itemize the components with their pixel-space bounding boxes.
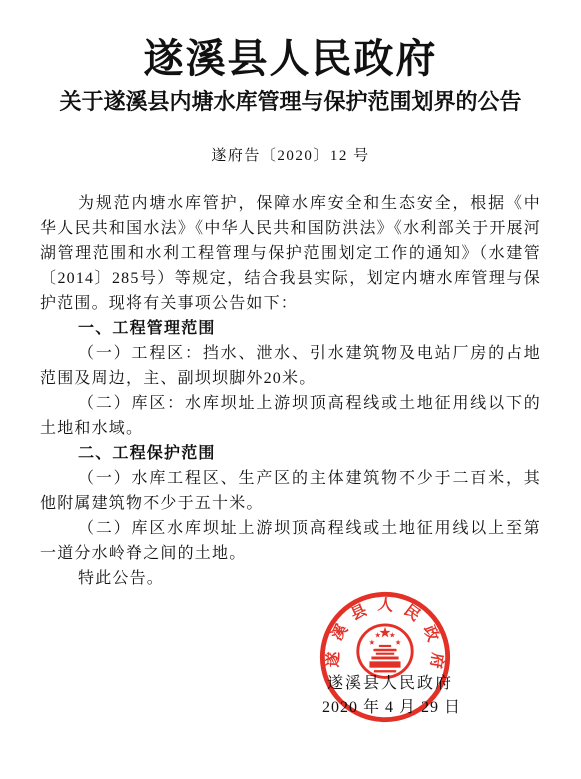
official-seal-icon: 遂溪县人民政府 (317, 589, 453, 725)
national-emblem-icon (358, 625, 412, 677)
body-paragraph: （二）库区水库坝址上游坝顶高程线或土地征用线以上至第一道分水岭脊之间的土地。 (40, 516, 541, 566)
section-heading: 一、工程管理范围 (40, 316, 541, 341)
body-paragraph: 为规范内塘水库管护，保障水库安全和生态安全，根据《中华人民共和国水法》《中华人民… (40, 191, 541, 316)
body-paragraph: （二）库区：水库坝址上游坝顶高程线或土地征用线以下的土地和水域。 (40, 391, 541, 441)
body-paragraph: 特此公告。 (40, 566, 541, 591)
document-number: 遂府告〔2020〕12 号 (0, 146, 581, 166)
document-subtitle: 关于遂溪县内塘水库管理与保护范围划界的公告 (0, 87, 581, 117)
document-body: 为规范内塘水库管护，保障水库安全和生态安全，根据《中华人民共和国水法》《中华人民… (40, 191, 541, 591)
body-paragraph: （一）工程区：挡水、泄水、引水建筑物及电站厂房的占地范围及周边，主、副坝坝脚外2… (40, 341, 541, 391)
announcement-document: 遂溪县人民政府 关于遂溪县内塘水库管理与保护范围划界的公告 遂府告〔2020〕1… (0, 0, 581, 779)
body-paragraph: （一）水库工程区、生产区的主体建筑物不少于二百米，其他附属建筑物不少于五十米。 (40, 466, 541, 516)
document-title: 遂溪县人民政府 (0, 36, 581, 82)
section-heading: 二、工程保护范围 (40, 441, 541, 466)
